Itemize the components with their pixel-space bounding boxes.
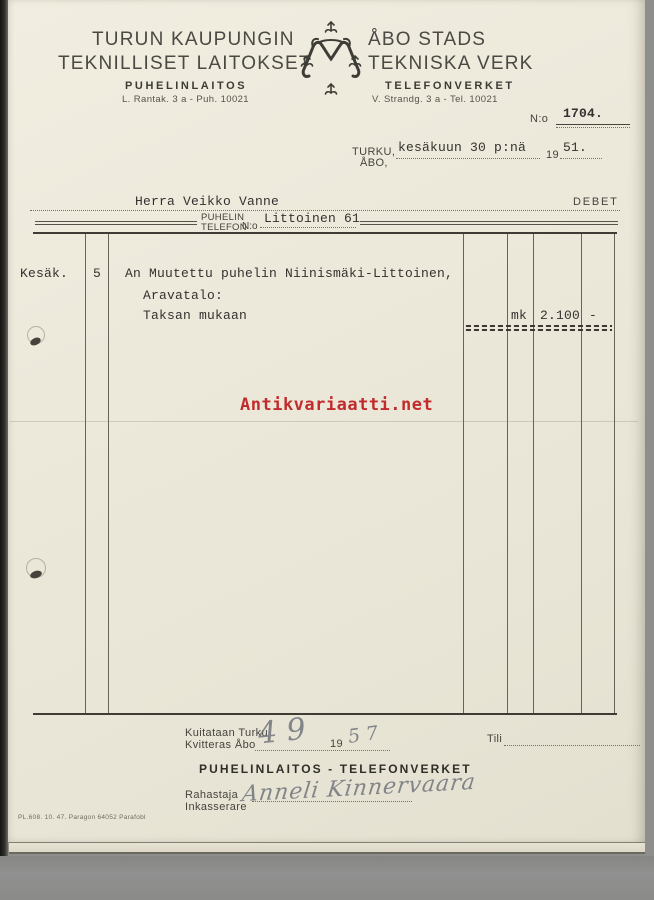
cashier-label-fi: Rahastaja xyxy=(185,789,238,801)
account-label: Tili xyxy=(487,733,502,745)
phone-no-value: Littoinen 61 xyxy=(264,211,360,226)
entry-pennia: - xyxy=(589,308,597,323)
total-double-dash-rule xyxy=(466,325,612,331)
receipt-century: 19 xyxy=(330,738,343,750)
dept-name-fi: PUHELINLAITOS xyxy=(125,80,247,92)
typed-year: 51. xyxy=(563,140,587,155)
entry-currency: mk xyxy=(511,308,527,323)
org-name-sv-line2: TEKNISKA VERK xyxy=(368,52,534,76)
address-fi: L. Rantak. 3 a - Puh. 10021 xyxy=(122,94,249,105)
entry-amount: 2.100 xyxy=(540,308,580,323)
entry-day: 5 xyxy=(93,266,101,281)
debet-label: DEBET xyxy=(573,196,619,208)
typed-date: kesäkuun 30 p:nä xyxy=(398,140,526,155)
form-print-code: PL.608. 10. 47. Paragon 64052 Parafobl xyxy=(18,814,146,821)
watermark-text: Antikvariaatti.net xyxy=(240,395,433,415)
refno-label: N:o xyxy=(530,113,548,125)
scanned-invoice-document: TURUN KAUPUNGIN TEKNILLISET LAITOKSET PU… xyxy=(0,0,654,900)
handwritten-date: 4 9 xyxy=(256,712,307,752)
entry-desc-line1: An Muutettu puhelin Niinismäki-Littoinen… xyxy=(125,266,453,281)
address-sv: V. Strandg. 3 a - Tel. 10021 xyxy=(372,94,498,105)
date-city-sv: ÅBO, xyxy=(360,157,388,169)
addressee-name: Herra Veikko Vanne xyxy=(135,194,279,209)
scanner-background xyxy=(0,856,654,900)
entry-desc-line3: Taksan mukaan xyxy=(143,308,247,323)
entry-desc-line2: Aravatalo: xyxy=(143,288,223,303)
paper-crease xyxy=(10,421,638,422)
refno-value: 1704. xyxy=(563,106,603,121)
phone-no-label: N:o xyxy=(242,221,258,232)
date-century: 19 xyxy=(546,149,559,161)
cashier-label-sv: Inkasserare xyxy=(185,801,247,813)
org-name-sv-line1: ÅBO STADS xyxy=(368,28,486,52)
entry-month: Kesäk. xyxy=(20,266,68,281)
receipt-line-sv: Kvitteras Åbo xyxy=(185,739,256,751)
scan-left-edge xyxy=(0,0,8,856)
receipt-line-fi: Kuitataan Turku xyxy=(185,727,268,739)
dept-name-sv: TELEFONVERKET xyxy=(385,80,515,92)
handwritten-year: 5 7 xyxy=(347,722,380,748)
underlying-sheet-edge xyxy=(9,842,645,854)
org-name-fi-line1: TURUN KAUPUNGIN xyxy=(92,28,295,52)
city-monogram-icon xyxy=(300,18,362,104)
org-name-fi-line2: TEKNILLISET LAITOKSET xyxy=(58,52,312,76)
